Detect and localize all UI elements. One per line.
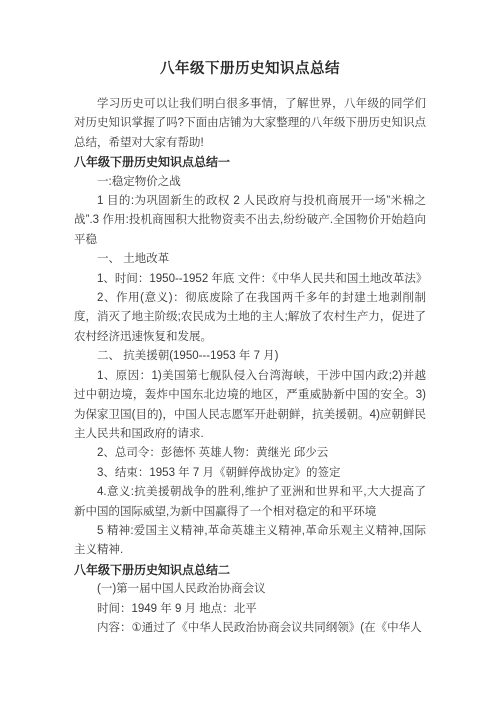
paragraph: 2、总司令：彭德怀 英雄人物：黄继光 邱少云 bbox=[74, 444, 426, 463]
paragraph: 1 目的:为巩固新生的政权 2 人民政府与投机商展开一场”米棉之战”.3 作用:… bbox=[74, 192, 426, 250]
paragraph: 5 精神:爱国主义精神,革命英雄主义精神,革命乐观主义精神,国际主义精神. bbox=[74, 522, 426, 561]
paragraph: 时间：1949 年 9 月 地点：北平 bbox=[74, 600, 426, 619]
section-2-heading: 八年级下册历史知识点总结二 bbox=[74, 561, 426, 580]
document-page: 八年级下册历史知识点总结 学习历史可以让我们明白很多事情，了解世界，八年级的同学… bbox=[0, 0, 500, 707]
paragraph: 一、 土地改革 bbox=[74, 250, 426, 269]
section-1-heading: 八年级下册历史知识点总结一 bbox=[74, 153, 426, 172]
paragraph: 2、作用(意义)：彻底废除了在我国两千多年的封建土地剥削制度，消灭了地主阶级;农… bbox=[74, 289, 426, 347]
paragraph: 4.意义:抗美援朝战争的胜利,维护了亚洲和世界和平,大大提高了新中国的国际威望,… bbox=[74, 483, 426, 522]
paragraph: 内容：①通过了《中华人民政治协商会议共同纲领》(在《中华人 bbox=[74, 619, 426, 638]
paragraph: 一:稳定物价之战 bbox=[74, 173, 426, 192]
paragraph: 1、时间：1950--1952 年底 文件：《中华人民共和国土地改革法》 bbox=[74, 270, 426, 289]
document-title: 八年级下册历史知识点总结 bbox=[74, 59, 426, 79]
paragraph: 3、结束：1953 年 7 月《朝鲜停战协定》的签定 bbox=[74, 464, 426, 483]
intro-paragraph: 学习历史可以让我们明白很多事情，了解世界，八年级的同学们对历史知识掌握了吗?下面… bbox=[74, 95, 426, 153]
paragraph: 1、原因：1)美国第七舰队侵入台湾海峡，干涉中国内政;2)并越过中朝边境，轰炸中… bbox=[74, 367, 426, 445]
paragraph: 二、 抗美援朝(1950---1953 年 7 月) bbox=[74, 347, 426, 366]
paragraph: (一)第一届中国人民政治协商会议 bbox=[74, 580, 426, 599]
